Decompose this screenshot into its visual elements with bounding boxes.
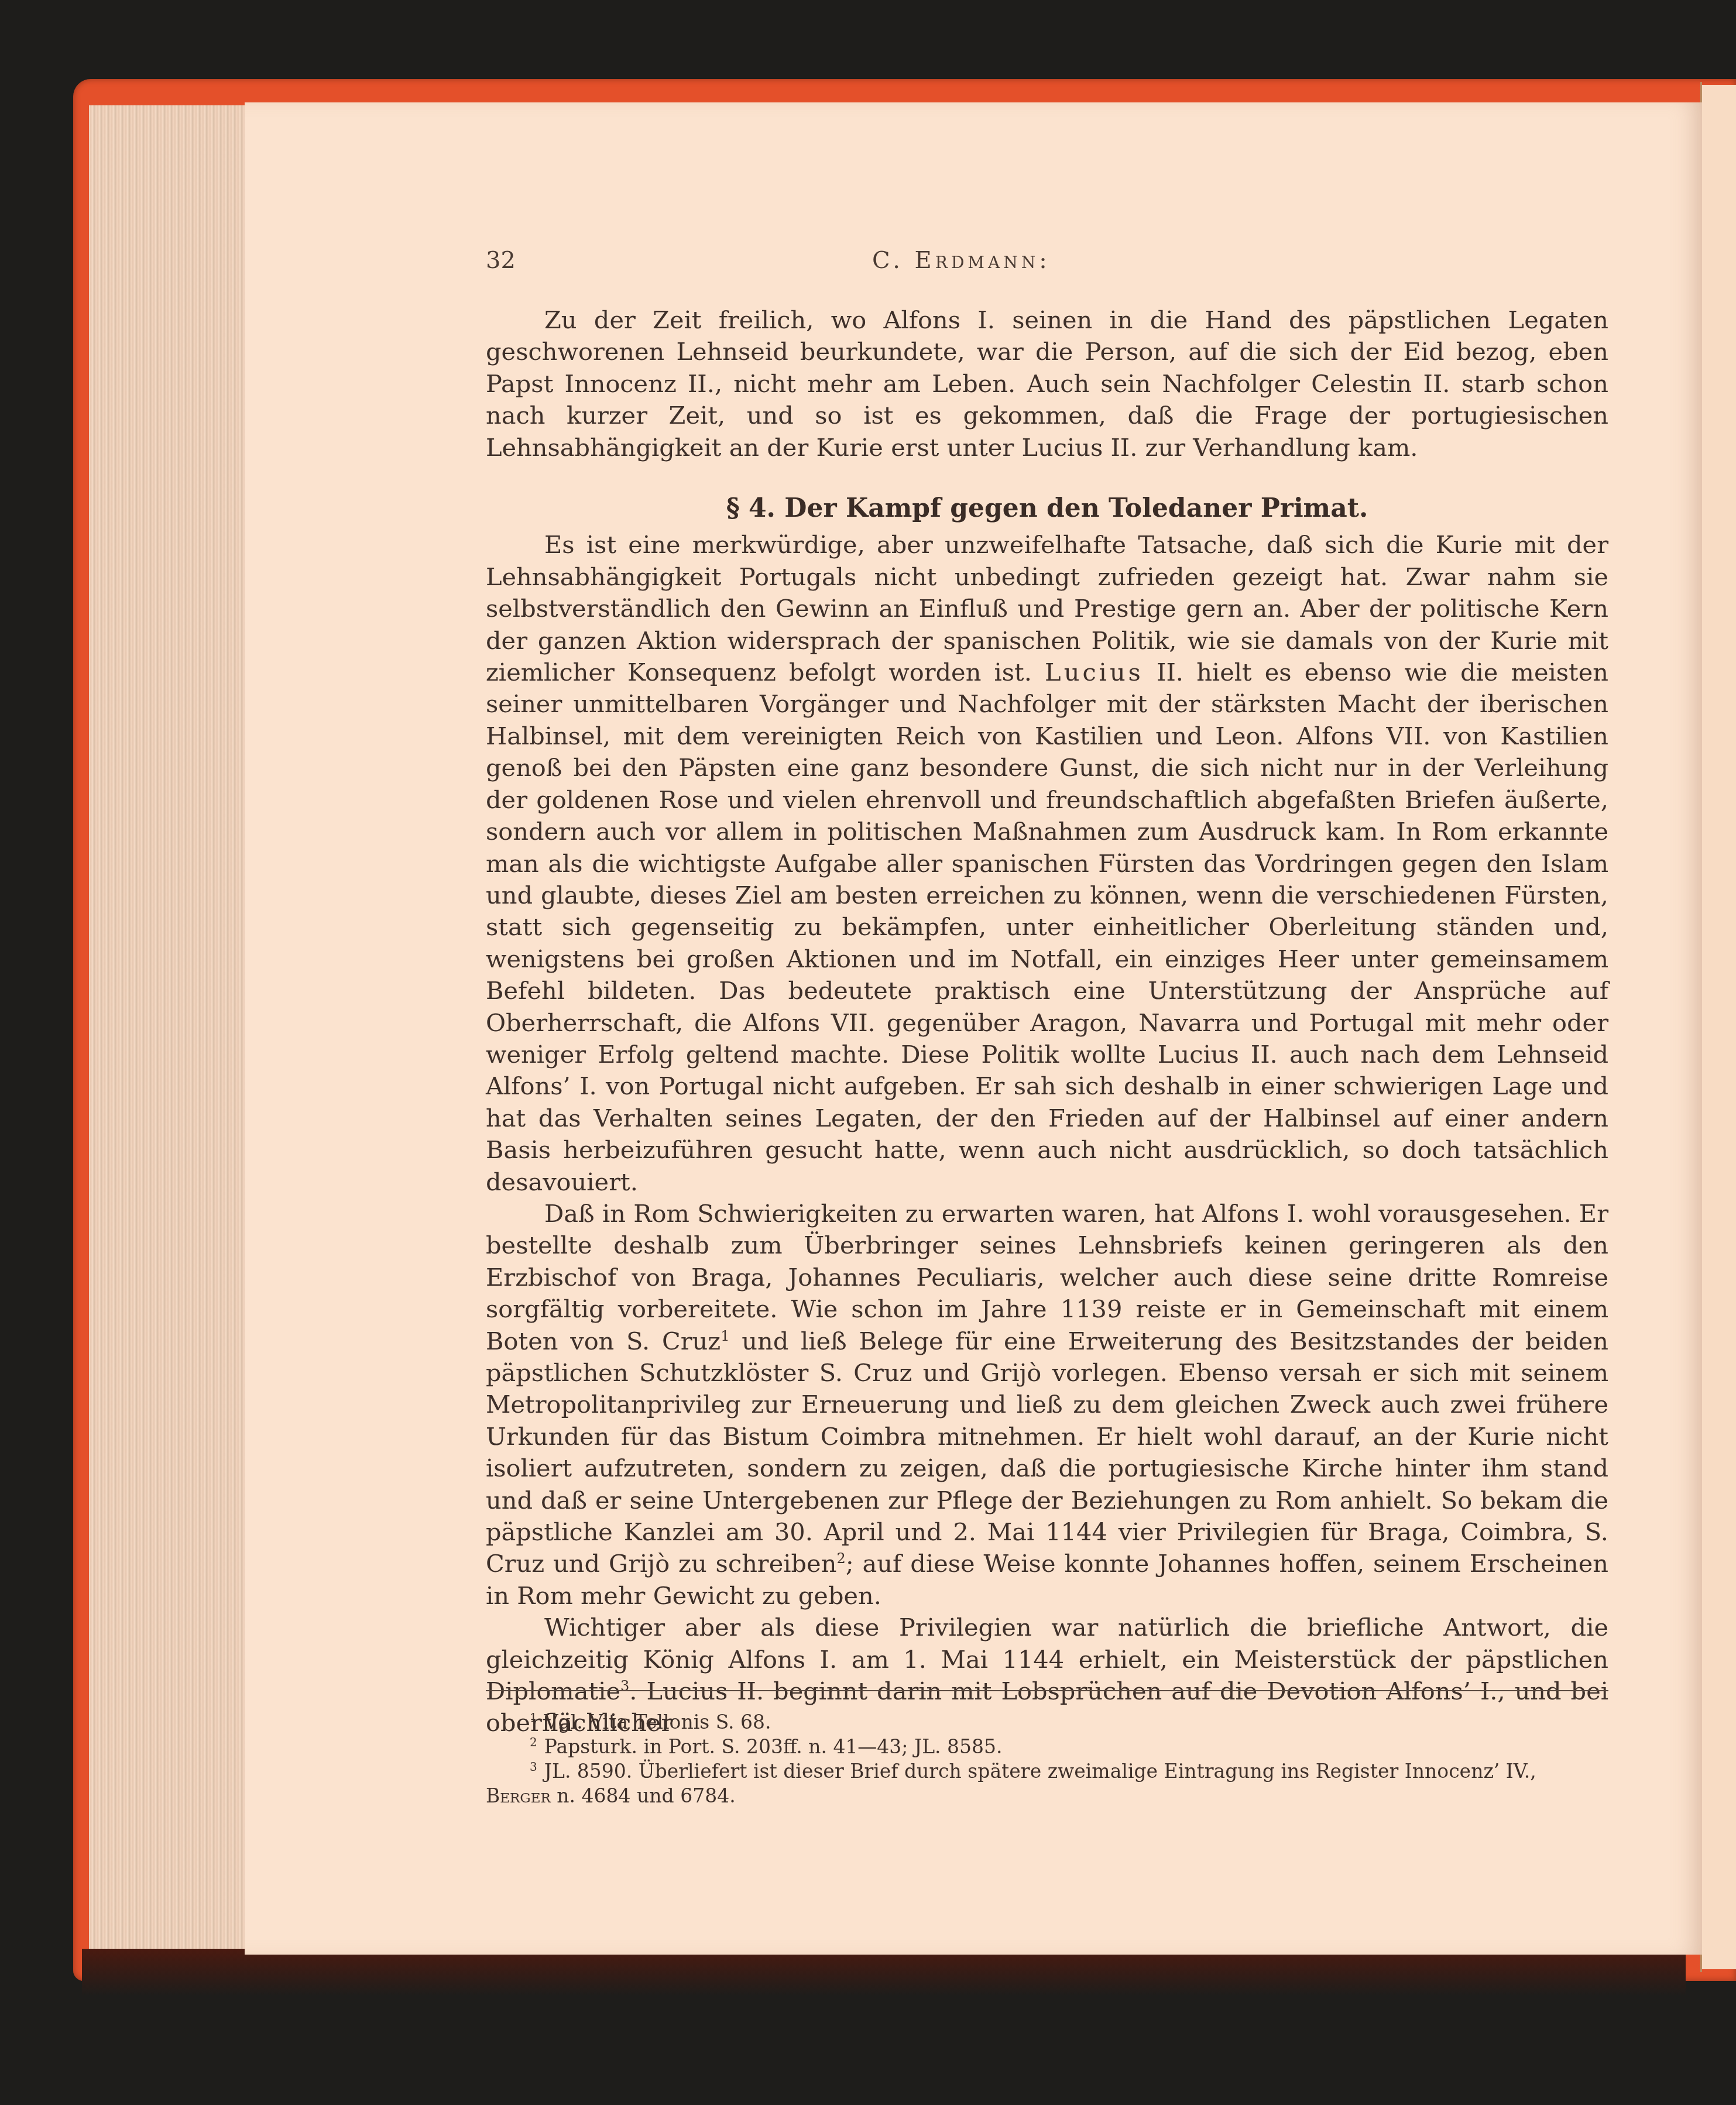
main-text: Zu der Zeit freilich, wo Alfons I. seine…: [486, 304, 1608, 1739]
footnote-marker: 1: [530, 1711, 537, 1725]
footnote-1: 1Vgl. Vita Tellonis S. 68.: [486, 1710, 1608, 1735]
footnote-ref-3[interactable]: 3: [620, 1678, 629, 1694]
footnote-2: 2Papsturk. in Port. S. 203ff. n. 41—43; …: [486, 1735, 1608, 1759]
footnote-3: 3JL. 8590. Überliefert ist dieser Brief …: [486, 1759, 1608, 1784]
footnotes: 1Vgl. Vita Tellonis S. 68. 2Papsturk. in…: [486, 1710, 1608, 1808]
footnote-divider: [486, 1690, 1608, 1691]
section-title: § 4. Der Kampf gegen den Toledaner Prima…: [486, 493, 1608, 524]
paragraph-2-text-cont: II. hielt es ebenso wie die meisten sein…: [486, 658, 1608, 1196]
footnote-ref-1[interactable]: 1: [721, 1328, 729, 1344]
page-header: 32 C. Erdmann:: [486, 247, 1610, 282]
paragraph-3-text-cont: und ließ Belege für eine Erweiterung des…: [486, 1327, 1608, 1578]
spaced-name: Lucius: [1045, 658, 1144, 686]
paragraph-3: Daß in Rom Schwierigkeiten zu erwarten w…: [486, 1198, 1608, 1612]
page-number: 32: [486, 247, 516, 274]
paragraph-1: Zu der Zeit freilich, wo Alfons I. seine…: [486, 304, 1608, 463]
paragraph-2: Es ist eine merkwürdige, aber unzweifelh…: [486, 529, 1608, 1198]
running-head: C. Erdmann:: [872, 247, 1051, 274]
book-shadow: [82, 1949, 1686, 1996]
footnote-text: JL. 8590. Überliefert ist dieser Brief d…: [544, 1760, 1536, 1783]
footnote-3-continuation: Berger n. 4684 und 6784.: [486, 1784, 1608, 1808]
footnote-text: Papsturk. in Port. S. 203ff. n. 41—43; J…: [544, 1735, 1003, 1758]
footnote-text: Vgl. Vita Tellonis S. 68.: [544, 1711, 771, 1733]
facing-page-edge: [1702, 85, 1736, 1969]
page-stack-edges: [89, 105, 247, 1949]
footnote-ref-2[interactable]: 2: [836, 1551, 845, 1567]
footnote-text: n. 4684 und 6784.: [551, 1784, 736, 1807]
footnote-marker: 3: [530, 1760, 537, 1774]
footnote-author: Berger: [486, 1784, 551, 1807]
footnote-marker: 2: [530, 1735, 537, 1749]
